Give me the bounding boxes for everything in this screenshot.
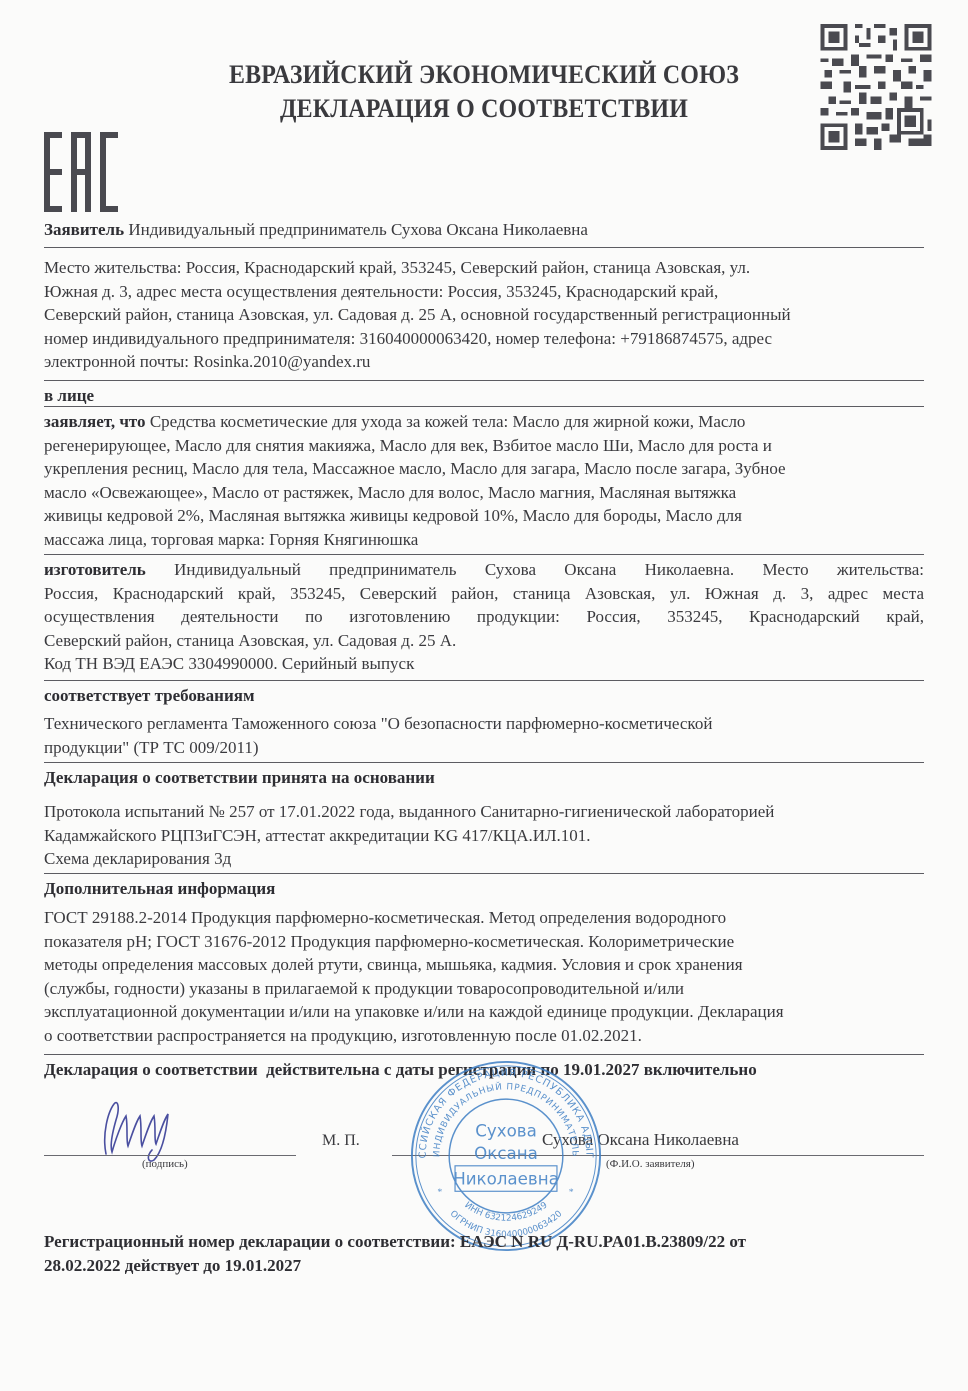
manufacturer-line: Индивидуальный предприниматель Сухова Ок… bbox=[174, 560, 924, 579]
divider bbox=[44, 1054, 924, 1055]
additional-line: методы определения массовых долей ртути,… bbox=[44, 953, 924, 977]
divider bbox=[44, 554, 924, 555]
address-line: Северский район, станица Азовская, ул. С… bbox=[44, 303, 924, 327]
divider bbox=[44, 762, 924, 763]
svg-text:*: * bbox=[437, 1187, 442, 1198]
divider bbox=[44, 406, 924, 407]
additional-line: показателя pH; ГОСТ 31676-2012 Продукция… bbox=[44, 930, 924, 954]
manufacturer-line: Россия, Краснодарский край, 353245, Севе… bbox=[44, 582, 924, 606]
basis-section: Протокола испытаний № 257 от 17.01.2022 … bbox=[44, 800, 924, 871]
union-title: ЕВРАЗИЙСКИЙ ЭКОНОМИЧЕСКИЙ СОЮЗ bbox=[39, 60, 930, 90]
eac-mark-icon bbox=[44, 132, 124, 212]
seal-label: М. П. bbox=[322, 1132, 360, 1150]
in-person-row: в лице bbox=[44, 384, 924, 408]
manufacturer-label: изготовитель bbox=[44, 560, 146, 579]
document-title: ДЕКЛАРАЦИЯ О СООТВЕТСТВИИ bbox=[39, 94, 930, 124]
divider bbox=[44, 380, 924, 381]
additional-line: о соответствии распространяется на проду… bbox=[44, 1024, 924, 1048]
applicant-address: Место жительства: Россия, Краснодарский … bbox=[44, 256, 924, 374]
product-line: Средства косметические для ухода за коже… bbox=[150, 412, 746, 431]
conforms-section: Технического регламента Таможенного союз… bbox=[44, 712, 924, 759]
additional-line: ГОСТ 29188.2-2014 Продукция парфюмерно-к… bbox=[44, 906, 924, 930]
svg-text:Николаевна: Николаевна bbox=[453, 1169, 559, 1188]
signature-icon bbox=[88, 1094, 188, 1164]
seal-stamp-icon: РОССИЙСКАЯ ФЕДЕРАЦИЯ РЕСПУБЛИКА АДЫГЕЯ И… bbox=[408, 1058, 604, 1254]
protocol-line: Протокола испытаний № 257 от 17.01.2022 … bbox=[44, 800, 924, 824]
declaration-scheme: Схема декларирования 3д bbox=[44, 847, 924, 871]
applicant-value: Индивидуальный предприниматель Сухова Ок… bbox=[128, 220, 588, 239]
regulation-line: продукции" (ТР ТС 009/2011) bbox=[44, 736, 924, 760]
applicant-row: Заявитель Индивидуальный предприниматель… bbox=[44, 218, 924, 242]
divider bbox=[44, 247, 924, 248]
product-line: массажа лица, торговая марка: Горняя Кня… bbox=[44, 528, 924, 552]
conforms-label: соответствует требованиям bbox=[44, 686, 255, 705]
tn-ved-code: Код ТН ВЭД ЕАЭС 3304990000. Серийный вып… bbox=[44, 652, 924, 676]
declaration-document: ЕВРАЗИЙСКИЙ ЭКОНОМИЧЕСКИЙ СОЮЗ ДЕКЛАРАЦИ… bbox=[0, 0, 968, 1391]
additional-line: эксплуатационной документации и/или на у… bbox=[44, 1000, 924, 1024]
product-line: масло «Освежающее», Масло от растяжек, М… bbox=[44, 481, 924, 505]
manufacturer-section: изготовитель Индивидуальный предпринимат… bbox=[44, 558, 924, 676]
validity-text: Декларация о соответствии действительна … bbox=[44, 1060, 757, 1079]
additional-label-row: Дополнительная информация bbox=[44, 877, 924, 901]
regulation-line: Технического регламента Таможенного союз… bbox=[44, 712, 924, 736]
svg-text:Оксана: Оксана bbox=[474, 1144, 538, 1163]
name-caption: (Ф.И.О. заявителя) bbox=[606, 1158, 695, 1170]
basis-label-row: Декларация о соответствии принята на осн… bbox=[44, 766, 924, 790]
divider bbox=[44, 680, 924, 681]
additional-label: Дополнительная информация bbox=[44, 879, 275, 898]
registration-validity: 28.02.2022 действует до 19.01.2027 bbox=[44, 1254, 924, 1278]
address-line: электронной почты: Rosinka.2010@yandex.r… bbox=[44, 350, 924, 374]
basis-label: Декларация о соответствии принята на осн… bbox=[44, 768, 435, 787]
address-line: Южная д. 3, адрес места осуществления де… bbox=[44, 280, 924, 304]
conforms-label-row: соответствует требованиям bbox=[44, 684, 924, 708]
divider bbox=[44, 873, 924, 874]
svg-text:*: * bbox=[569, 1187, 574, 1198]
additional-line: (службы, годности) указаны в прилагаемой… bbox=[44, 977, 924, 1001]
product-line: укрепления ресниц, Масло для тела, Масса… bbox=[44, 457, 924, 481]
in-person-label: в лице bbox=[44, 386, 94, 405]
additional-section: ГОСТ 29188.2-2014 Продукция парфюмерно-к… bbox=[44, 906, 924, 1048]
address-line: номер индивидуального предпринимателя: 3… bbox=[44, 327, 924, 351]
signature-line bbox=[44, 1155, 296, 1156]
declares-section: заявляет, что Средства косметические для… bbox=[44, 410, 924, 552]
product-line: регенерирующее, Масло для снятия макияжа… bbox=[44, 434, 924, 458]
address-line: Место жительства: Россия, Краснодарский … bbox=[44, 256, 924, 280]
applicant-label: Заявитель bbox=[44, 220, 124, 239]
declares-label: заявляет, что bbox=[44, 412, 146, 431]
registration-section: Регистрационный номер декларации о соотв… bbox=[44, 1230, 924, 1277]
manufacturer-line: Северский район, станица Азовская, ул. С… bbox=[44, 629, 924, 653]
protocol-line: Кадамжайского РЦПЗиГСЭН, аттестат аккред… bbox=[44, 824, 924, 848]
registration-number: Регистрационный номер декларации о соотв… bbox=[44, 1230, 924, 1254]
manufacturer-line: осуществления деятельности по изготовлен… bbox=[44, 605, 924, 629]
product-line: живицы кедровой 2%, Масляная вытяжка жив… bbox=[44, 504, 924, 528]
signature-caption: (подпись) bbox=[142, 1158, 188, 1170]
svg-text:Сухова: Сухова bbox=[475, 1121, 537, 1140]
qr-code-icon[interactable] bbox=[820, 24, 932, 150]
